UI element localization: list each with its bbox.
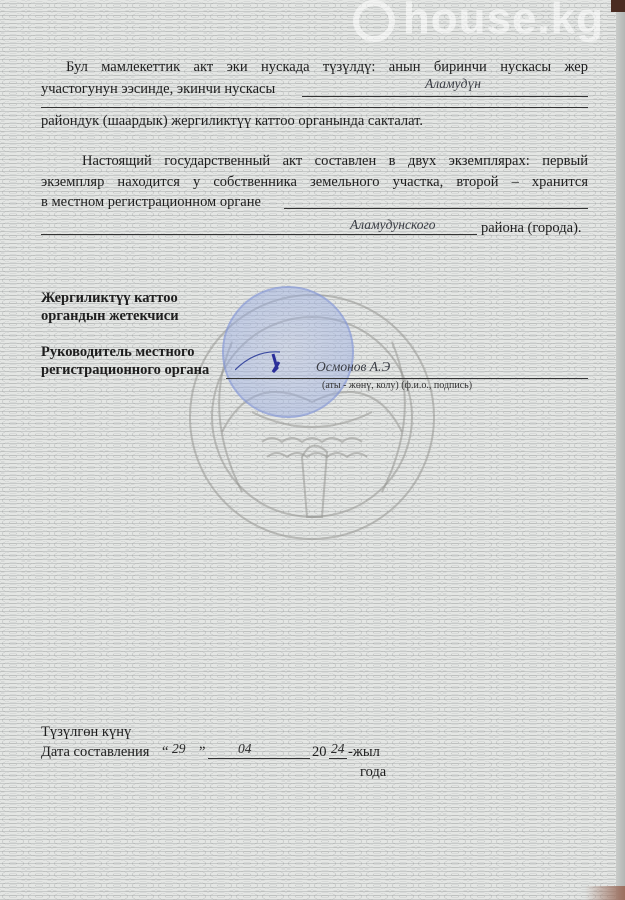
house-logo-icon	[353, 0, 395, 42]
date-open-quote: “	[162, 742, 168, 763]
kg-office-field-line-2	[41, 107, 588, 108]
month-field-line	[208, 758, 310, 759]
ru-paragraph-line-4: района (города).	[481, 218, 582, 239]
ru-paragraph-line-2: экземпляр находится у собственника земел…	[41, 172, 588, 193]
site-watermark: house.kg	[353, 0, 604, 44]
document-page: house.kg Бул мамлекеттик акт эки нускада…	[0, 0, 616, 900]
background-corner-bottom	[585, 886, 625, 900]
ru-date-label: Дата составления	[41, 742, 149, 763]
signature	[235, 340, 305, 380]
kg-year-word: -жыл	[348, 742, 380, 763]
ru-year-word: года	[360, 762, 386, 783]
kg-signatory-title-2: органдын жетекчиси	[41, 306, 179, 327]
ru-paragraph-line-1: Настоящий государственный акт составлен …	[82, 151, 588, 172]
year-field-line	[329, 758, 347, 759]
kg-paragraph-line-1: Бул мамлекеттик акт эки нускада түзүлдү:…	[66, 57, 588, 78]
date-day-handwritten: 29	[172, 741, 186, 757]
date-year-handwritten: 24	[331, 741, 345, 757]
ru-office-field-line-2	[41, 234, 477, 235]
ru-office-field-line	[284, 208, 588, 209]
ru-office-handwritten: Аламудунского	[350, 217, 436, 233]
signatory-name-handwritten: Осмонов А.Э	[316, 359, 390, 375]
date-month-handwritten: 04	[238, 741, 252, 757]
kg-paragraph-line-3: райондук (шаардык) жергиликтүү каттоо ор…	[41, 111, 423, 132]
page-edge	[616, 0, 625, 900]
kg-office-handwritten: Аламудүн	[425, 76, 481, 92]
ru-paragraph-line-3: в местном регистрационном органе	[41, 192, 261, 213]
kg-office-field-line	[302, 96, 588, 97]
kg-date-label: Түзүлгөн күнү	[41, 722, 131, 743]
watermark-text: house.kg	[403, 0, 604, 43]
background-corner	[611, 0, 625, 12]
date-close-quote: ”	[199, 742, 205, 763]
kg-paragraph-line-2: участогунун ээсинде, экинчи нускасы	[41, 79, 275, 100]
ru-signatory-title-2: регистрационного органа	[41, 360, 209, 381]
signature-caption: (аты - жөнү, колу) (ф.и.о., подпись)	[322, 379, 472, 393]
year-prefix: 20	[312, 742, 327, 763]
